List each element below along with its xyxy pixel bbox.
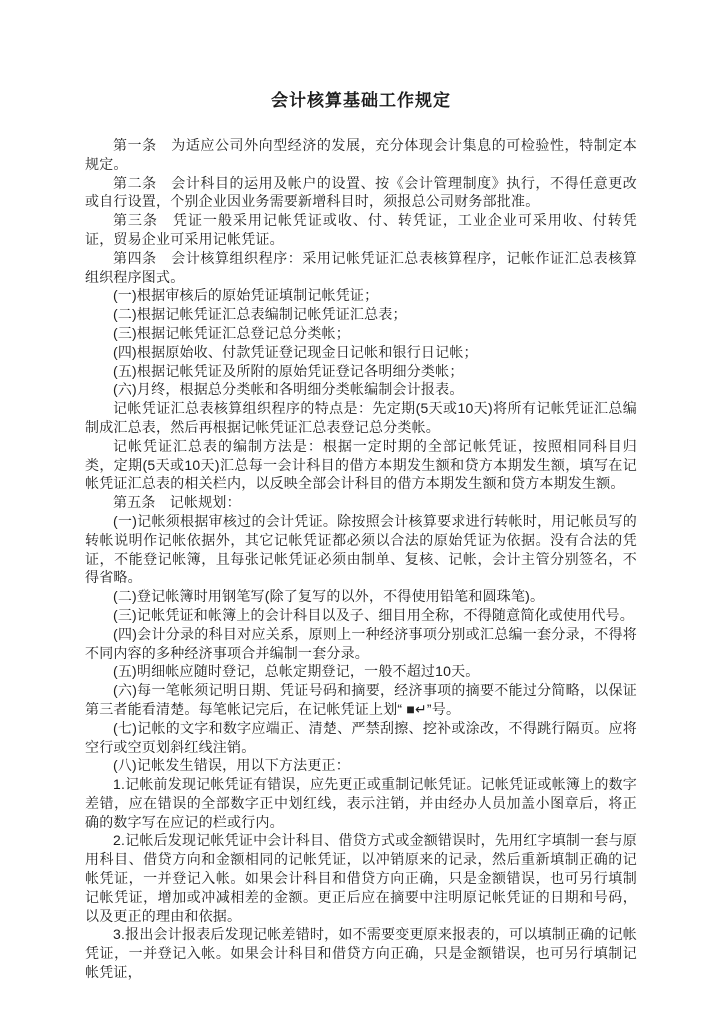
paragraph: 第二条 会计科目的运用及帐户的设置、按《会计管理制度》执行，不得任意更改或自行设… [85, 174, 637, 212]
paragraph: 第三条 凭证一般采用记帐凭证或收、付、转凭证，工业企业可采用收、付转凭证，贸易企… [85, 211, 637, 249]
paragraph: (六)月终，根据总分类帐和各明细分类帐编制会计报表。 [85, 380, 637, 399]
paragraph: (三)记帐凭证和帐簿上的会计科目以及子、细目用全称，不得随意简化或使用代号。 [85, 606, 637, 625]
document-body: 第一条 为适应公司外向型经济的发展，充分体现会计集息的可检验性，特制定本规定。第… [85, 136, 637, 982]
paragraph: 记帐凭证汇总表的编制方法是：根据一定时期的全部记帐凭证，按照相同科目归类，定期(… [85, 437, 637, 493]
paragraph: (四)根据原始收、付款凭证登记现金日记帐和银行日记帐； [85, 343, 637, 362]
paragraph: (二)根据记帐凭证汇总表编制记帐凭证汇总表； [85, 305, 637, 324]
paragraph: (六)每一笔帐须记明日期、凭证号码和摘要，经济事项的摘要不能过分简略，以保证第三… [85, 681, 637, 719]
paragraph: 记帐凭证汇总表核算组织程序的特点是：先定期(5天或10天)将所有记帐凭证汇总编制… [85, 399, 637, 437]
paragraph: (五)明细帐应随时登记，总帐定期登记，一般不超过10天。 [85, 662, 637, 681]
paragraph: (四)会计分录的科目对应关系，原则上一种经济事项分别或汇总编一套分录，不得将不同… [85, 625, 637, 663]
paragraph: (七)记帐的文字和数字应端正、清楚、严禁刮擦、挖补或涂改，不得跳行隔页。应将空行… [85, 719, 637, 757]
paragraph: (一)记帐须根据审核过的会计凭证。除按照会计核算要求进行转帐时，用记帐员写的转帐… [85, 512, 637, 587]
paragraph: (八)记帐发生错误，用以下方法更正： [85, 756, 637, 775]
paragraph: 2.记帐后发现记帐凭证中会计科目、借贷方式或金额错误时，先用红字填制一套与原用科… [85, 831, 637, 925]
document-title: 会计核算基础工作规定 [85, 86, 637, 111]
paragraph: (二)登记帐簿时用钢笔写(除了复写的以外，不得使用铅笔和圆珠笔)。 [85, 587, 637, 606]
paragraph: (三)根据记帐凭证汇总登记总分类帐； [85, 324, 637, 343]
paragraph: 第四条 会计核算组织程序：采用记帐凭证汇总表核算程序，记帐作证汇总表核算组织程序… [85, 249, 637, 287]
document-page: 会计核算基础工作规定 第一条 为适应公司外向型经济的发展，充分体现会计集息的可检… [0, 0, 720, 1017]
paragraph: (五)根据记帐凭证及所附的原始凭证登记各明细分类帐； [85, 362, 637, 381]
paragraph: 第一条 为适应公司外向型经济的发展，充分体现会计集息的可检验性，特制定本规定。 [85, 136, 637, 174]
paragraph: 3.报出会计报表后发现记帐差错时，如不需要变更原来报表的，可以填制正确的记帐凭证… [85, 925, 637, 981]
document-content: 会计核算基础工作规定 第一条 为适应公司外向型经济的发展，充分体现会计集息的可检… [85, 86, 637, 982]
paragraph: 1.记帐前发现记帐凭证有错误，应先更正或重制记帐凭证。记帐凭证或帐簿上的数字差错… [85, 775, 637, 831]
paragraph: 第五条 记帐规划： [85, 493, 637, 512]
paragraph: (一)根据审核后的原始凭证填制记帐凭证； [85, 286, 637, 305]
